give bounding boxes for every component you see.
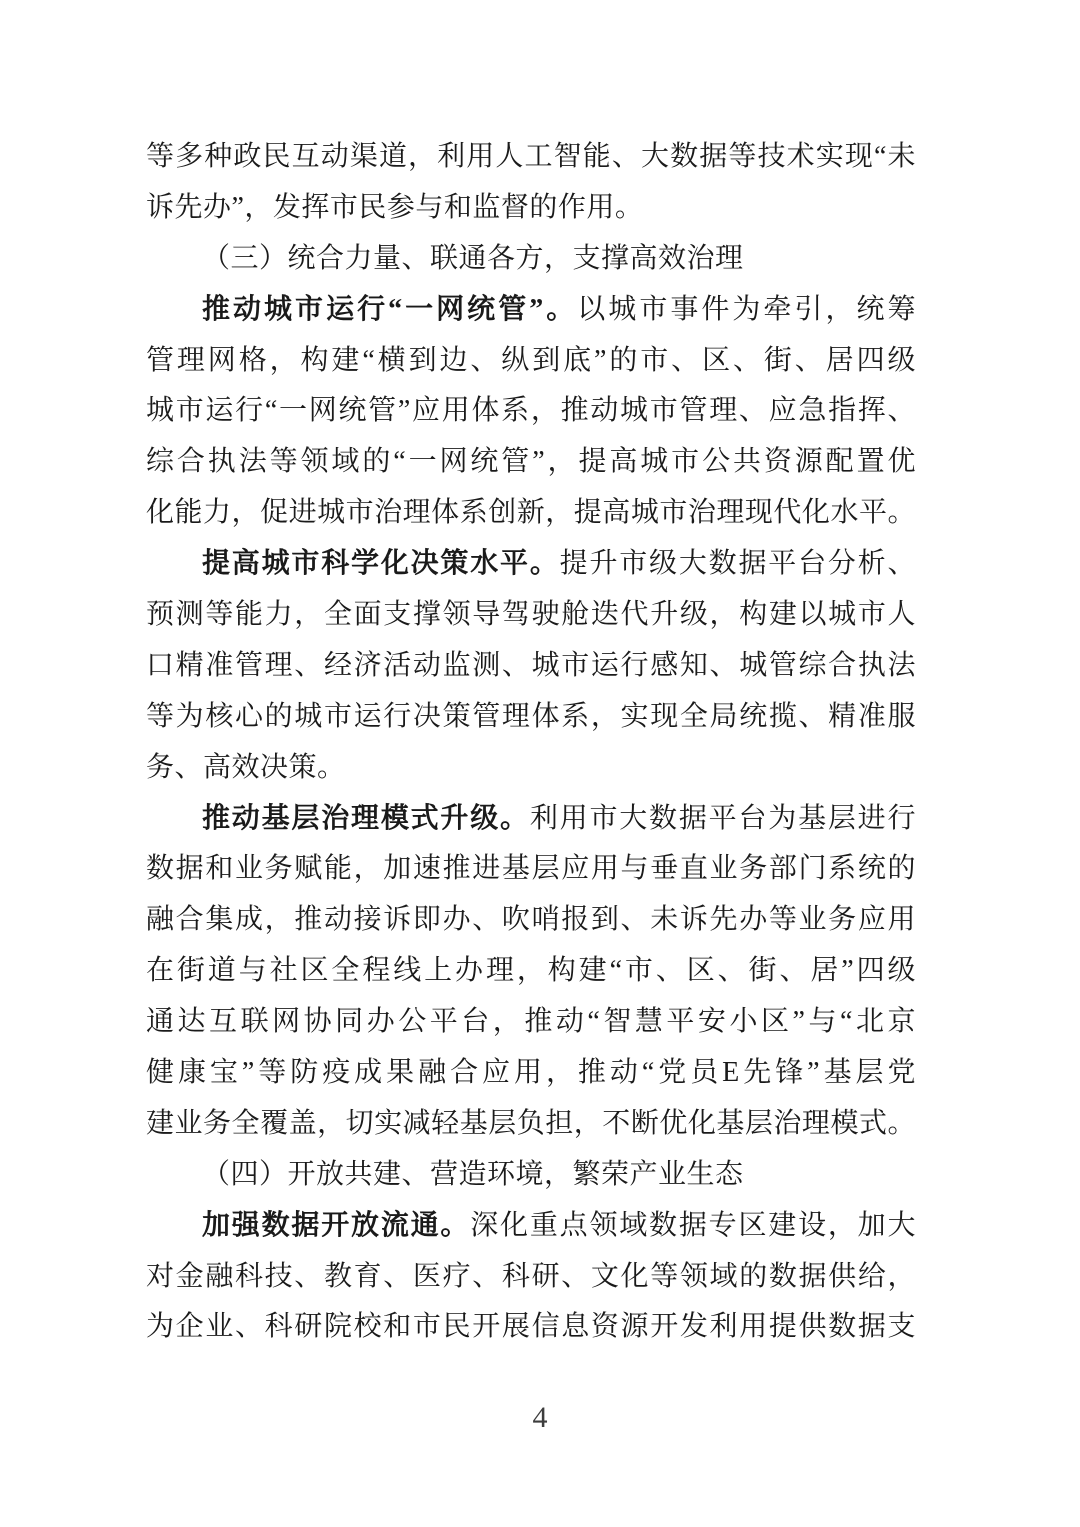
- line-text: 诉先办”，发挥市民参与和监督的作用。: [146, 192, 643, 223]
- bold-lead-text: 推动城市运行“一网统管”。: [202, 294, 577, 325]
- line-text: 健康宝”等防疫成果融合应用，推动“党员E先锋”基层党: [146, 1057, 916, 1088]
- text-line: 城市运行“一网统管”应用体系，推动城市管理、应急指挥、: [146, 386, 916, 437]
- line-text: 化能力，促进城市治理体系创新，提高城市治理现代化水平。: [146, 497, 916, 528]
- line-text: 对金融科技、教育、医疗、科研、文化等领域的数据供给，: [146, 1261, 916, 1292]
- line-text: 等为核心的城市运行决策管理体系，实现全局统揽、精准服: [146, 701, 916, 732]
- line-text: 预测等能力，全面支撑领导驾驶舱迭代升级，构建以城市人: [146, 599, 916, 630]
- text-line: 融合集成，推动接诉即办、吹哨报到、未诉先办等业务应用: [146, 895, 916, 946]
- text-line: 综合执法等领域的“一网统管”，提高城市公共资源配置优: [146, 437, 916, 488]
- bold-lead-text: 推动基层治理模式升级。: [202, 803, 530, 834]
- text-line: 建业务全覆盖，切实减轻基层负担，不断优化基层治理模式。: [146, 1099, 916, 1150]
- text-line: 数据和业务赋能，加速推进基层应用与垂直业务部门系统的: [146, 844, 916, 895]
- text-line: 为企业、科研院校和市民开展信息资源开发利用提供数据支: [146, 1302, 916, 1353]
- text-line: 对金融科技、教育、医疗、科研、文化等领域的数据供给，: [146, 1252, 916, 1303]
- bold-lead-text: 加强数据开放流通。: [202, 1210, 470, 1241]
- line-text: 等多种政民互动渠道，利用人工智能、大数据等技术实现“未: [146, 141, 916, 172]
- text-line: 健康宝”等防疫成果融合应用，推动“党员E先锋”基层党: [146, 1048, 916, 1099]
- text-line: 预测等能力，全面支撑领导驾驶舱迭代升级，构建以城市人: [146, 590, 916, 641]
- line-text: 深化重点领域数据专区建设，加大: [470, 1210, 916, 1241]
- text-line: 等为核心的城市运行决策管理体系，实现全局统揽、精准服: [146, 692, 916, 743]
- line-text: 利用市大数据平台为基层进行: [530, 803, 916, 834]
- document-body: 等多种政民互动渠道，利用人工智能、大数据等技术实现“未诉先办”，发挥市民参与和监…: [146, 132, 916, 1353]
- text-line: 管理网格，构建“横到边、纵到底”的市、区、街、居四级: [146, 336, 916, 387]
- text-line: （四）开放共建、营造环境，繁荣产业生态: [146, 1150, 916, 1201]
- line-text: 城市运行“一网统管”应用体系，推动城市管理、应急指挥、: [146, 395, 916, 426]
- text-line: 等多种政民互动渠道，利用人工智能、大数据等技术实现“未: [146, 132, 916, 183]
- text-line: 推动基层治理模式升级。利用市大数据平台为基层进行: [146, 794, 916, 845]
- text-line: 通达互联网协同办公平台，推动“智慧平安小区”与“北京: [146, 997, 916, 1048]
- line-text: 综合执法等领域的“一网统管”，提高城市公共资源配置优: [146, 446, 916, 477]
- text-line: 务、高效决策。: [146, 743, 916, 794]
- text-line: 口精准管理、经济活动监测、城市运行感知、城管综合执法: [146, 641, 916, 692]
- text-line: 加强数据开放流通。深化重点领域数据专区建设，加大: [146, 1201, 916, 1252]
- line-text: 融合集成，推动接诉即办、吹哨报到、未诉先办等业务应用: [146, 904, 916, 935]
- text-line: 诉先办”，发挥市民参与和监督的作用。: [146, 183, 916, 234]
- line-text: 在街道与社区全程线上办理，构建“市、区、街、居”四级: [146, 955, 916, 986]
- line-text: （三）统合力量、联通各方，支撑高效治理: [202, 243, 744, 274]
- text-line: 推动城市运行“一网统管”。以城市事件为牵引，统筹: [146, 285, 916, 336]
- line-text: 数据和业务赋能，加速推进基层应用与垂直业务部门系统的: [146, 853, 916, 884]
- line-text: 通达互联网协同办公平台，推动“智慧平安小区”与“北京: [146, 1006, 916, 1037]
- page-number: 4: [0, 1398, 1080, 1438]
- text-line: 提高城市科学化决策水平。提升市级大数据平台分析、: [146, 539, 916, 590]
- line-text: （四）开放共建、营造环境，繁荣产业生态: [202, 1159, 744, 1190]
- text-line: 在街道与社区全程线上办理，构建“市、区、街、居”四级: [146, 946, 916, 997]
- document-page: 等多种政民互动渠道，利用人工智能、大数据等技术实现“未诉先办”，发挥市民参与和监…: [0, 0, 1080, 1527]
- line-text: 以城市事件为牵引，统筹: [577, 294, 916, 325]
- text-line: （三）统合力量、联通各方，支撑高效治理: [146, 234, 916, 285]
- line-text: 管理网格，构建“横到边、纵到底”的市、区、街、居四级: [146, 345, 916, 376]
- line-text: 务、高效决策。: [146, 752, 346, 783]
- line-text: 口精准管理、经济活动监测、城市运行感知、城管综合执法: [146, 650, 916, 681]
- line-text: 提升市级大数据平台分析、: [560, 548, 916, 579]
- text-line: 化能力，促进城市治理体系创新，提高城市治理现代化水平。: [146, 488, 916, 539]
- line-text: 为企业、科研院校和市民开展信息资源开发利用提供数据支: [146, 1311, 916, 1342]
- bold-lead-text: 提高城市科学化决策水平。: [202, 548, 560, 579]
- line-text: 建业务全覆盖，切实减轻基层负担，不断优化基层治理模式。: [146, 1108, 916, 1139]
